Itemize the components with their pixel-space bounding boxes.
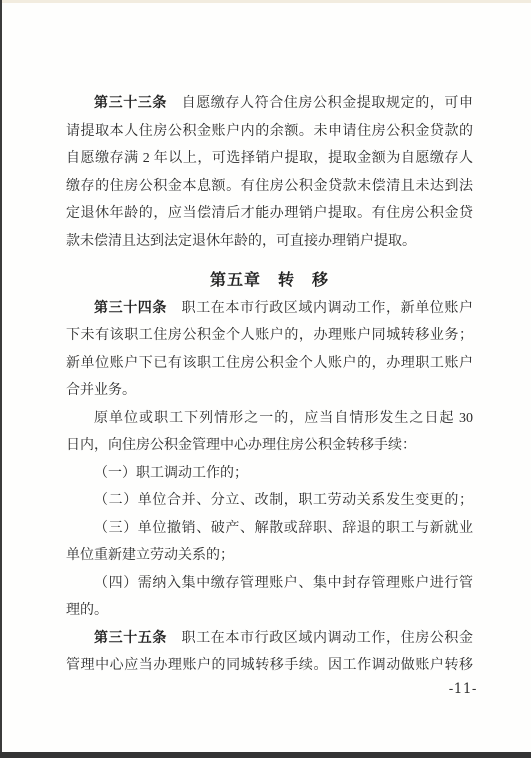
line-text: 款未偿清且达到法定退休年龄的，可直接办理销户提取。 (66, 234, 416, 249)
line-text: 自愿缴存人符合住房公积金提取规定的，可申 (167, 96, 473, 111)
text-line: 第三十三条 自愿缴存人符合住房公积金提取规定的，可申 (66, 90, 473, 118)
line-text: 请提取本人住房公积金账户内的余额。未申请住房公积金贷款的 (66, 124, 473, 139)
text-line: 理的。 (66, 597, 473, 625)
line-text: （三）单位撤销、破产、解散或辞职、辞退的职工与新就业 (94, 521, 473, 536)
line-text: 定退休年龄的，应当偿清后才能办理销户提取。有住房公积金贷 (66, 206, 473, 221)
text-line: 款未偿清且达到法定退休年龄的，可直接办理销户提取。 (66, 228, 473, 256)
text-line: 合并业务。 (66, 377, 473, 405)
line-text: 新单位账户下已有该职工住房公积金个人账户的，办理职工账户 (66, 356, 473, 371)
scan-edge-bottom (0, 752, 531, 758)
text-line: 自愿缴存满 2 年以上，可选择销户提取，提取金额为自愿缴存人 (66, 145, 473, 173)
text-line: 下未有该职工住房公积金个人账户的，办理账户同城转移业务； (66, 322, 473, 350)
text-line: 管理中心应当办理账户的同城转移手续。因工作调动做账户转移 (66, 652, 473, 680)
text-line: 新单位账户下已有该职工住房公积金个人账户的，办理职工账户 (66, 350, 473, 378)
list-item-line: （一）职工调动工作的； (66, 460, 473, 488)
line-text: 原单位或职工下列情形之一的，应当自情形发生之日起 30 (94, 411, 473, 426)
line-text: 管理中心应当办理账户的同城转移手续。因工作调动做账户转移 (66, 658, 473, 673)
document-page: 第三十三条 自愿缴存人符合住房公积金提取规定的，可申 请提取本人住房公积金账户内… (0, 0, 531, 758)
article-number: 第三十四条 (94, 301, 167, 316)
line-text: 日内，向住房公积金管理中心办理住房公积金转移手续： (66, 438, 416, 453)
line-text: （四）需纳入集中缴存管理账户、集中封存管理账户进行管 (94, 576, 473, 591)
line-text: （一）职工调动工作的； (94, 466, 248, 481)
page-number: -11- (449, 681, 477, 697)
text-line: 请提取本人住房公积金账户内的余额。未申请住房公积金贷款的 (66, 118, 473, 146)
scan-edge-left (0, 0, 2, 758)
text-line: 日内，向住房公积金管理中心办理住房公积金转移手续： (66, 432, 473, 460)
text-line: 缴存的住房公积金本息额。有住房公积金贷款未偿清且未达到法 (66, 173, 473, 201)
text-line: 第三十四条 职工在本市行政区域内调动工作，新单位账户 (66, 295, 473, 323)
line-text: 职工在本市行政区域内调动工作，新单位账户 (167, 301, 473, 316)
line-text: 合并业务。 (66, 383, 136, 398)
text-line: 原单位或职工下列情形之一的，应当自情形发生之日起 30 (66, 405, 473, 433)
line-text: 单位重新建立劳动关系的； (66, 548, 234, 563)
scan-edge-top (0, 0, 531, 3)
list-item-line: （四）需纳入集中缴存管理账户、集中封存管理账户进行管 (66, 570, 473, 598)
line-text: 职工在本市行政区域内调动工作，住房公积金 (167, 631, 473, 646)
line-text: 自愿缴存满 2 年以上，可选择销户提取，提取金额为自愿缴存人 (66, 151, 473, 166)
text-line: 单位重新建立劳动关系的； (66, 542, 473, 570)
list-item-line: （二）单位合并、分立、改制，职工劳动关系发生变更的； (66, 487, 473, 515)
chapter-heading: 第五章 转 移 (66, 267, 473, 295)
list-item-line: （三）单位撤销、破产、解散或辞职、辞退的职工与新就业 (66, 515, 473, 543)
text-line: 定退休年龄的，应当偿清后才能办理销户提取。有住房公积金贷 (66, 200, 473, 228)
line-text: 理的。 (66, 603, 108, 618)
article-number: 第三十三条 (94, 96, 167, 111)
text-line: 第三十五条 职工在本市行政区域内调动工作，住房公积金 (66, 625, 473, 653)
line-text: （二）单位合并、分立、改制，职工劳动关系发生变更的； (94, 493, 473, 508)
line-text: 缴存的住房公积金本息额。有住房公积金贷款未偿清且未达到法 (66, 179, 473, 194)
line-text: 下未有该职工住房公积金个人账户的，办理账户同城转移业务； (66, 328, 473, 343)
document-content: 第三十三条 自愿缴存人符合住房公积金提取规定的，可申 请提取本人住房公积金账户内… (66, 90, 473, 680)
article-number: 第三十五条 (94, 631, 167, 646)
